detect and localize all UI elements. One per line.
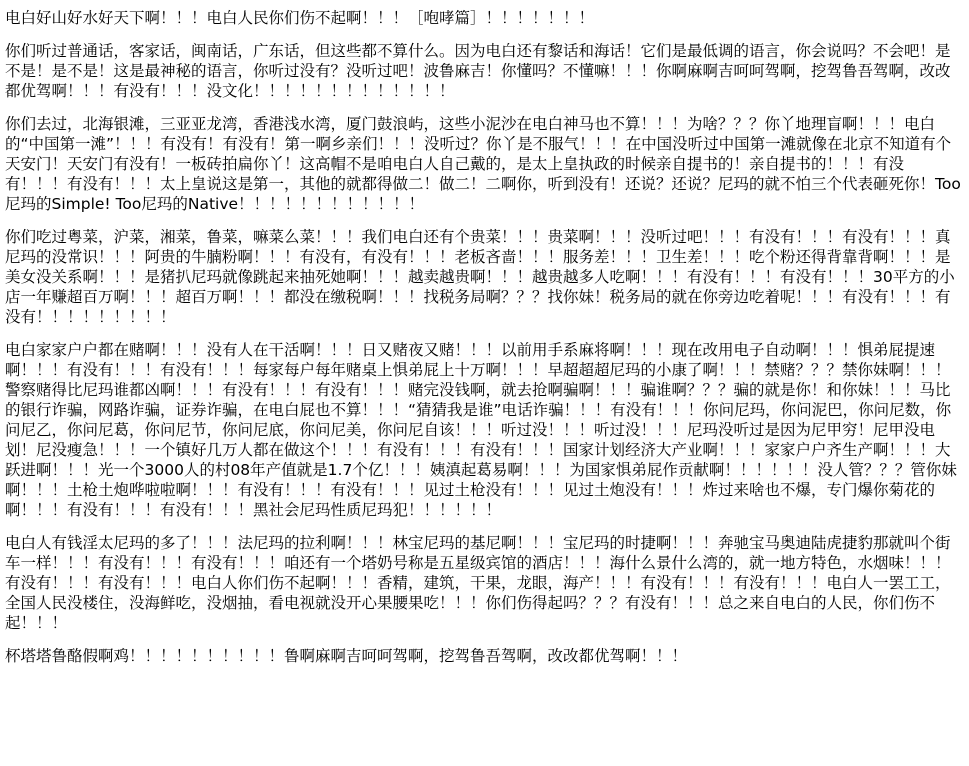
document-page: 电白好山好水好天下啊！！！电白人民你们伤不起啊！！！［咆哮篇］！！！！！！！ 你… [0, 0, 969, 766]
paragraph-closing: 杯塔塔鲁酪假啊鸡！！！！！！！！！！鲁啊麻啊吉呵呵驾啊，挖驾鲁吾驾啊，改改都优驾… [5, 646, 965, 666]
paragraph-beaches: 你们去过，北海银滩，三亚亚龙湾，香港浅水湾，厦门鼓浪屿，这些小泥沙在电白神马也不… [5, 114, 965, 214]
paragraph-dialects: 你们听过普通话，客家话，闽南话，广东话，但这些都不算什么。因为电白还有黎话和海话… [5, 41, 965, 101]
paragraph-wealth: 电白人有钱淫太尼玛的多了！！！法尼玛的拉利啊！！！林宝尼玛的基尼啊！！！宝尼玛的… [5, 533, 965, 633]
paragraph-food: 你们吃过粤菜，沪菜，湘菜，鲁菜，嘛菜么菜！！！我们电白还有个贵菜！！！贵菜啊！！… [5, 227, 965, 327]
paragraph-gambling: 电白家家户户都在赌啊！！！没有人在干活啊！！！日又赌夜又赌！！！以前用手系麻将啊… [5, 340, 965, 520]
title-paragraph: 电白好山好水好天下啊！！！电白人民你们伤不起啊！！！［咆哮篇］！！！！！！！ [5, 8, 965, 28]
